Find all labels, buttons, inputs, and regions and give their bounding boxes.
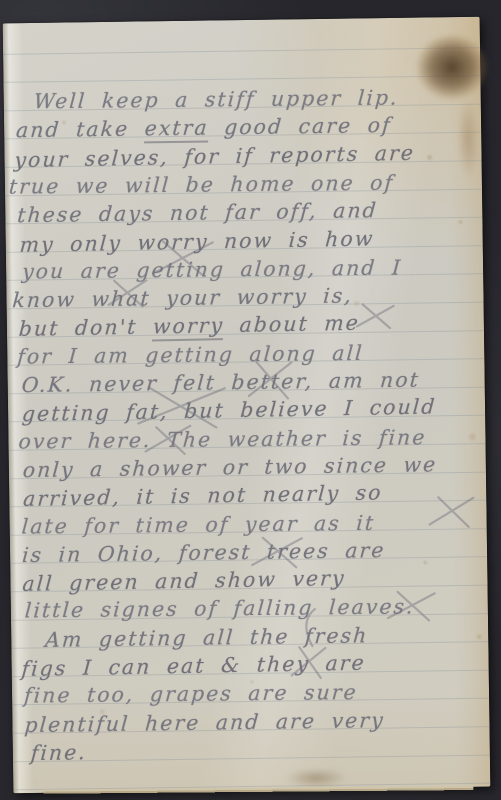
handwriting-lines: Well keep a stiff upper lip.and take ext… <box>3 17 491 794</box>
underlined-word: worry <box>152 314 225 342</box>
handwriting-line: little signes of falling leaves. <box>24 593 416 625</box>
handwriting-line: plentiful here and are very <box>23 706 385 739</box>
underlined-word: extra <box>144 116 210 144</box>
photo-backdrop: Well keep a stiff upper lip.and take ext… <box>0 0 501 800</box>
letter-page: Well keep a stiff upper lip.and take ext… <box>3 17 491 794</box>
handwriting-line: arrived, it is not nearly so <box>22 478 383 513</box>
handwriting-line: fine too, grapes are sure <box>23 678 359 710</box>
handwriting-line: late for time of year as it <box>21 508 376 540</box>
handwriting-line: fine. <box>30 738 88 767</box>
handwriting-line: for I am getting along all <box>16 339 364 371</box>
handwriting-line: but don't worry about me <box>18 309 361 344</box>
